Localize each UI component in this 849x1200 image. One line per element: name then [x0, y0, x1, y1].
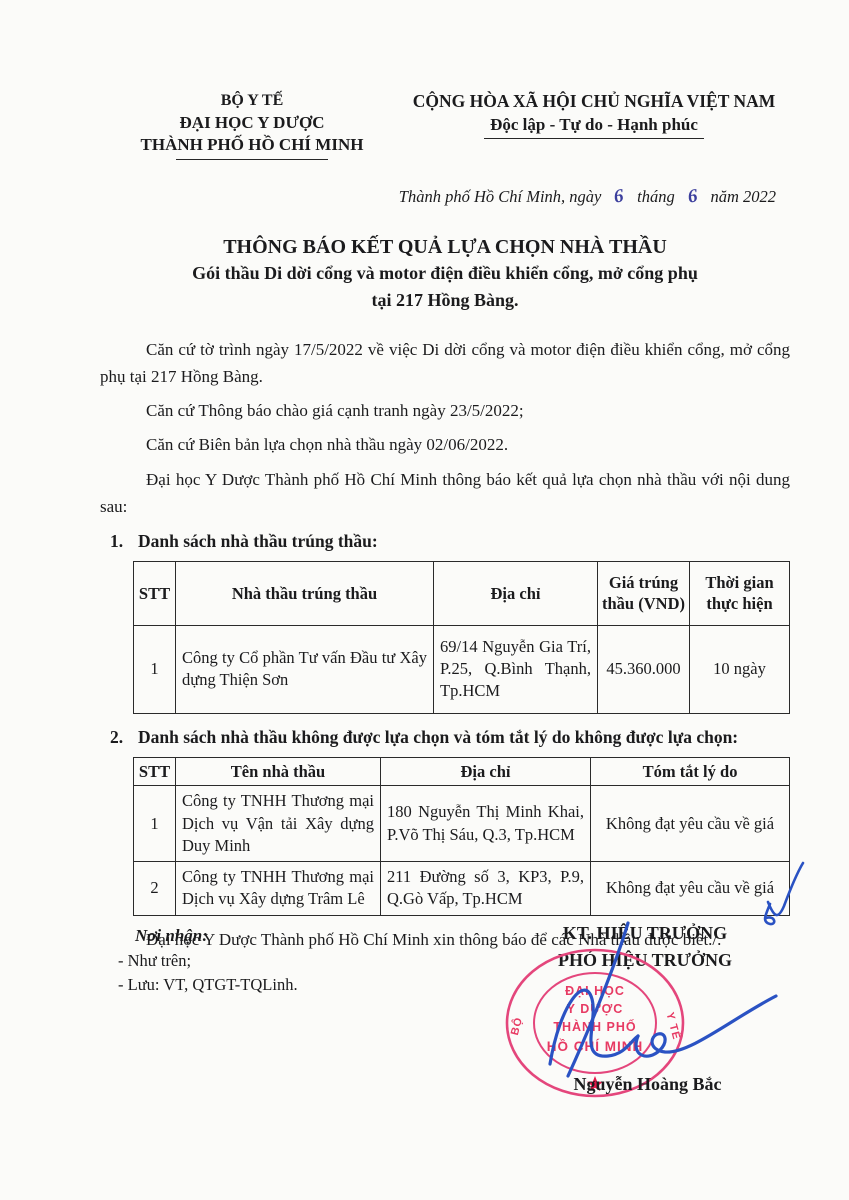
t2-cell-name: Công ty TNHH Thương mại Dịch vụ Xây dựng… — [176, 862, 381, 916]
t1-cell-name: Công ty Cổ phần Tư vấn Đầu tư Xây dựng T… — [176, 625, 434, 713]
national-title: CỘNG HÒA XÃ HỘI CHỦ NGHĨA VIỆT NAM — [398, 90, 790, 113]
university-stamp: ĐẠI HỌC Y DƯỢC THÀNH PHỐ HỒ CHÍ MINH BỘ … — [503, 947, 687, 1099]
date-middle: tháng — [637, 187, 675, 206]
document-page: BỘ Y TẾ ĐẠI HỌC Y DƯỢC THÀNH PHỐ HỒ CHÍ … — [100, 0, 790, 953]
section1-heading: 1. Danh sách nhà thầu trúng thầu: — [110, 528, 790, 555]
losing-bidder-table: STT Tên nhà thầu Địa chỉ Tóm tắt lý do 1… — [133, 757, 790, 916]
stamp-star — [587, 1076, 603, 1091]
t2-header-address: Địa chỉ — [381, 757, 591, 785]
title-block: THÔNG BÁO KẾT QUẢ LỰA CHỌN NHÀ THẦU Gói … — [100, 234, 790, 314]
signer-name: Nguyễn Hoàng Bắc — [545, 1074, 750, 1095]
t2-header-reason: Tóm tắt lý do — [591, 757, 790, 785]
table-header-row: STT Nhà thầu trúng thầu Địa chỉ Giá trún… — [134, 562, 790, 626]
paragraph-basis-1: Căn cứ tờ trình ngày 17/5/2022 về việc D… — [100, 336, 790, 390]
t2-cell-reason: Không đạt yêu cầu về giá — [591, 786, 790, 862]
ministry-name: BỘ Y TẾ — [106, 90, 398, 112]
stamp-ring-left: BỘ — [508, 1015, 525, 1036]
left-header-underline — [176, 159, 328, 160]
section1-number: 1. — [110, 528, 138, 555]
paragraph-basis-3: Căn cứ Biên bản lựa chọn nhà thầu ngày 0… — [100, 431, 790, 458]
university-city: THÀNH PHỐ HỒ CHÍ MINH — [106, 134, 398, 156]
paragraph-announce: Đại học Y Dược Thành phố Hồ Chí Minh thô… — [100, 466, 790, 520]
t2-cell-stt: 1 — [134, 786, 176, 862]
date-prefix: Thành phố Hồ Chí Minh, ngày — [399, 187, 602, 206]
handwritten-month: 6 — [686, 185, 698, 208]
t2-cell-reason: Không đạt yêu cầu về giá — [591, 862, 790, 916]
issuing-org-block: BỘ Y TẾ ĐẠI HỌC Y DƯỢC THÀNH PHỐ HỒ CHÍ … — [106, 90, 398, 160]
signing-authority-subtitle: PHÓ HIỆU TRƯỞNG — [520, 950, 770, 971]
stamp-line-3: THÀNH PHỐ — [553, 1019, 636, 1034]
section2-number: 2. — [110, 724, 138, 751]
university-name: ĐẠI HỌC Y DƯỢC — [106, 112, 398, 134]
table-header-row: STT Tên nhà thầu Địa chỉ Tóm tắt lý do — [134, 757, 790, 785]
national-header-block: CỘNG HÒA XÃ HỘI CHỦ NGHĨA VIỆT NAM Độc l… — [398, 90, 790, 160]
handwritten-day: 6 — [613, 185, 625, 208]
t1-header-duration: Thời gian thực hiện — [690, 562, 790, 626]
t1-header-price: Giá trúng thầu (VND) — [598, 562, 690, 626]
section2-heading-text: Danh sách nhà thầu không được lựa chọn v… — [138, 724, 738, 751]
t1-cell-stt: 1 — [134, 625, 176, 713]
doc-subtitle-1: Gói thầu Di dời cổng và motor điện điều … — [100, 260, 790, 287]
stamp-line-4: HỒ CHÍ MINH — [547, 1039, 644, 1054]
table-row: 1 Công ty Cổ phần Tư vấn Đầu tư Xây dựng… — [134, 625, 790, 713]
t2-cell-address: 211 Đường số 3, KP3, P.9, Q.Gò Vấp, Tp.H… — [381, 862, 591, 916]
t1-cell-address: 69/14 Nguyễn Gia Trí, P.25, Q.Bình Thạnh… — [434, 625, 598, 713]
recipient-item: - Lưu: VT, QTGT-TQLinh. — [118, 975, 298, 995]
t2-cell-stt: 2 — [134, 862, 176, 916]
t1-header-stt: STT — [134, 562, 176, 626]
document-header: BỘ Y TẾ ĐẠI HỌC Y DƯỢC THÀNH PHỐ HỒ CHÍ … — [100, 90, 790, 160]
national-motto: Độc lập - Tự do - Hạnh phúc — [484, 113, 704, 139]
date-suffix: năm 2022 — [710, 187, 776, 206]
t2-cell-name: Công ty TNHH Thương mại Dịch vụ Vận tải … — [176, 786, 381, 862]
closing-paragraph: Đại học Y Dược Thành phố Hồ Chí Minh xin… — [100, 926, 790, 953]
doc-subtitle-2: tại 217 Hồng Bàng. — [100, 287, 790, 314]
table-row: 1 Công ty TNHH Thương mại Dịch vụ Vận tả… — [134, 786, 790, 862]
paragraph-basis-2: Căn cứ Thông báo chào giá cạnh tranh ngà… — [100, 397, 790, 424]
t1-cell-duration: 10 ngày — [690, 625, 790, 713]
t2-header-name: Tên nhà thầu — [176, 757, 381, 785]
t2-cell-address: 180 Nguyễn Thị Minh Khai, P.Võ Thị Sáu, … — [381, 786, 591, 862]
date-line: Thành phố Hồ Chí Minh, ngày 6 tháng 6 nă… — [100, 186, 790, 208]
doc-title: THÔNG BÁO KẾT QUẢ LỰA CHỌN NHÀ THẦU — [100, 234, 790, 260]
t1-cell-price: 45.360.000 — [598, 625, 690, 713]
table-row: 2 Công ty TNHH Thương mại Dịch vụ Xây dự… — [134, 862, 790, 916]
section2-heading: 2. Danh sách nhà thầu không được lựa chọ… — [110, 724, 790, 751]
t1-header-name: Nhà thầu trúng thầu — [176, 562, 434, 626]
stamp-line-2: Y DƯỢC — [567, 1002, 624, 1016]
recipient-item: - Như trên; — [118, 951, 191, 971]
section1-heading-text: Danh sách nhà thầu trúng thầu: — [138, 528, 378, 555]
stamp-ring-right: Y TẾ — [663, 1011, 683, 1042]
t2-header-stt: STT — [134, 757, 176, 785]
t1-header-address: Địa chỉ — [434, 562, 598, 626]
winning-bidder-table: STT Nhà thầu trúng thầu Địa chỉ Giá trún… — [133, 561, 790, 714]
stamp-line-1: ĐẠI HỌC — [565, 984, 625, 998]
